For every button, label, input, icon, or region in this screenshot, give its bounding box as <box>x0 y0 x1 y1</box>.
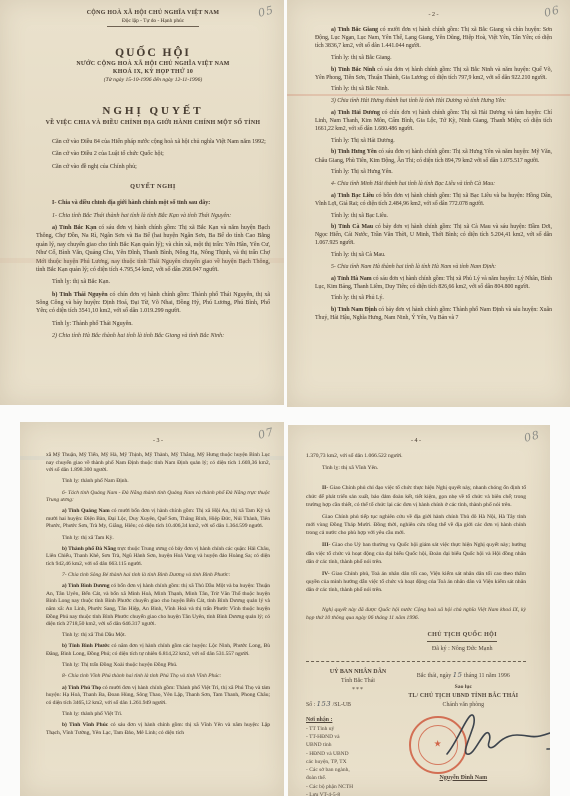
paragraph-lead: a) Tỉnh Bạc Liêu <box>331 193 374 199</box>
paragraph: IV- Giao Chính phủ, Toà án nhân dân tối … <box>306 570 526 594</box>
paragraph: a) Tỉnh Phú Thọ có mười đơn vị hành chín… <box>46 685 270 708</box>
paragraph-lead: a) Tỉnh Hà Nam <box>331 276 372 282</box>
page-4-content: - 4 -1.370,73 km2, với số dân 1.066.522 … <box>306 438 526 623</box>
paragraph: Căn cứ vào Điều 84 của Hiến pháp nước cộ… <box>36 138 270 146</box>
paragraph-lead: b) Tỉnh Vĩnh Phúc <box>62 722 108 728</box>
paragraph: b) Tỉnh Bình Phước có năm đơn vị hành ch… <box>46 643 270 658</box>
certification-block: Bắc thái, ngày 15 tháng 11 năm 1996 Sao … <box>401 668 526 796</box>
recipient-item: các huyện, TP, TX <box>306 758 394 766</box>
paragraph-lead: a) Tỉnh Bắc Giang <box>331 27 378 33</box>
paragraph-lead: b) Tỉnh Hưng Yên <box>331 149 377 155</box>
paragraph-lead: a) Tỉnh Hải Dương <box>331 110 380 116</box>
paragraph: Tỉnh lỵ: thị xã Bắc Giang. <box>315 54 552 62</box>
office-header: UỶ BAN NHÂN DÂN Tỉnh Bắc Thái *** <box>306 668 410 695</box>
chief-of-office-title: Chánh văn phòng <box>401 701 526 710</box>
handwritten-number: 153 <box>317 700 331 708</box>
stars-divider: *** <box>306 686 410 695</box>
paragraph: a) Tỉnh Hà Nam có sáu đơn vị hành chính … <box>315 275 552 291</box>
paragraph: 6- Tách tỉnh Quảng Nam - Đà Nẵng thành t… <box>46 490 270 505</box>
paragraph-lead: b) Tỉnh Cà Mau <box>331 224 373 230</box>
paragraph: Tỉnh lỵ: thị xã Bạc Liêu. <box>315 212 552 220</box>
chairman-block: CHỦ TỊCH QUỐC HỘI Đã ký : Nông Đức Mạnh <box>398 631 526 654</box>
recipient-item: - Các bộ phận NCTH <box>306 783 394 791</box>
paragraph-lead: II- <box>322 485 328 491</box>
resolution-heading: QUYẾT NGHỊ <box>36 183 270 190</box>
handwritten-day: 15 <box>453 671 463 679</box>
paragraph: b) Tỉnh Hưng Yên có sáu đơn vị hành chín… <box>315 148 552 164</box>
number-suffix: /SL-UB <box>333 702 351 708</box>
recipient-item: - TT Tỉnh uỷ <box>306 725 394 733</box>
handwritten-page-number: 08 <box>523 428 542 444</box>
paragraph: b) Tỉnh Vĩnh Phúc có sáu đơn vị hành chí… <box>46 722 270 737</box>
signoff-section: CHỦ TỊCH QUỐC HỘI Đã ký : Nông Đức Mạnh … <box>306 631 526 796</box>
paragraph: 3) Chia tỉnh Hải Hưng thành hai tỉnh là … <box>315 97 552 105</box>
page-1-scan: 05 CỘNG HOÀ XÃ HỘI CHỦ NGHĨA VIỆT NAMĐộc… <box>0 0 284 405</box>
paragraph-lead: IV- <box>322 571 330 577</box>
issuing-office-block: UỶ BAN NHÂN DÂN Tỉnh Bắc Thái *** Số : 1… <box>306 668 394 796</box>
handwritten-page-number: 06 <box>543 3 562 19</box>
national-motto: Độc lập - Tự do - Hạnh phúc <box>36 18 270 27</box>
recipient-item: - HĐND và UBND <box>306 750 394 758</box>
scanned-document-canvas: 05 CỘNG HOÀ XÃ HỘI CHỦ NGHĨA VIỆT NAMĐộc… <box>0 0 570 796</box>
handwritten-signature-icon <box>437 710 550 762</box>
paragraph: 2) Chia tỉnh Hà Bắc thành hai tỉnh là tỉ… <box>36 332 270 340</box>
paragraph: a) Tỉnh Bình Dương có bốn đơn vị hành ch… <box>46 583 270 628</box>
signoff-columns: UỶ BAN NHÂN DÂN Tỉnh Bắc Thái *** Số : 1… <box>306 668 526 796</box>
paragraph: Tỉnh lỵ: thị xã Phủ Lý. <box>315 294 552 302</box>
page-number: - 2 - <box>315 12 552 18</box>
copy-label: Sao lục <box>401 683 526 691</box>
paragraph: Tỉnh lỵ: Thị trấn Đồng Xoài thuộc huyện … <box>46 662 270 670</box>
paragraph-lead: b) Tỉnh Bắc Ninh <box>331 67 375 73</box>
tl-chairman-line: TL/ CHỦ TỊCH UBND TỈNH BẮC THÁI <box>401 692 526 701</box>
national-header: CỘNG HOÀ XÃ HỘI CHỦ NGHĨA VIỆT NAM <box>36 10 270 16</box>
date-prefix: Bắc thái, ngày <box>417 673 453 679</box>
paragraph-lead: b) Tỉnh Nam Định <box>331 307 377 313</box>
paragraph-lead: III- <box>322 542 330 548</box>
recipient-item: - Lưu VT-4-5-8 <box>306 791 394 796</box>
chairman-signed-line: Đã ký : Nông Đức Mạnh <box>398 645 526 654</box>
paragraph-lead: b) Thành phố Đà Nẵng <box>62 546 116 552</box>
session-dates: (Từ ngày 15-10-1996 đến ngày 12-11-1996) <box>36 77 270 83</box>
paragraph: Tỉnh lỵ: thị xã Tam Kỳ. <box>46 535 270 543</box>
paragraph: I- Chia và điều chỉnh địa giới hành chín… <box>36 199 270 207</box>
recipient-item: UBND tỉnh <box>306 741 394 749</box>
signature-zone <box>401 714 526 772</box>
session-line: KHOÁ IX, KỲ HỌP THỨ 10 <box>36 69 270 75</box>
paragraph: a) Tỉnh Bắc Kạn có sáu đơn vị hành chính… <box>36 224 270 274</box>
document-subtitle: VỀ VIỆC CHIA VÀ ĐIỀU CHỈNH ĐỊA GIỚI HÀNH… <box>36 120 270 126</box>
paragraph: Tỉnh lỵ: thị xã Bắc Ninh. <box>315 85 552 93</box>
page-1-content: CỘNG HOÀ XÃ HỘI CHỦ NGHĨA VIỆT NAMĐộc lậ… <box>36 10 270 341</box>
paragraph: Tỉnh lỵ: Thị xã Hải Dương. <box>315 137 552 145</box>
paragraph: 5- Chia tỉnh Nam Hà thành hai tỉnh là tỉ… <box>315 263 552 271</box>
paragraph: Tỉnh lỵ: thị xã Thủ Dầu Một. <box>46 632 270 640</box>
signer-name: Nguyễn Đình Nam <box>401 774 526 783</box>
office-province: Tỉnh Bắc Thái <box>306 677 410 686</box>
paragraph-lead: b) Tỉnh Thái Nguyên <box>52 292 108 298</box>
paragraph: Tỉnh lỵ: thị xã Bắc Kạn. <box>36 278 270 286</box>
paragraph-lead: a) Tỉnh Quảng Nam <box>62 508 110 514</box>
recipients-label: Nơi nhận : <box>306 716 394 725</box>
page-3-scan: 07 - 3 -xã Mỹ Thuận, Mỹ Tiến, Mỹ Hà, Mỹ … <box>20 422 284 796</box>
paragraph-lead: b) Tỉnh Bình Phước <box>62 643 110 649</box>
paragraph-lead: a) Tỉnh Bắc Kạn <box>52 225 96 231</box>
paragraph: Nghị quyết này đã được Quốc hội nước Cộn… <box>306 606 526 622</box>
issuing-body: QUỐC HỘI <box>36 47 270 59</box>
paragraph-lead: a) Tỉnh Bình Dương <box>62 583 110 589</box>
recipient-item: - TT-HĐND và <box>306 733 394 741</box>
number-label: Số : <box>306 702 315 708</box>
page-4-scan: 08 - 4 -1.370,73 km2, với số dân 1.066.5… <box>288 425 550 796</box>
dashed-separator <box>306 661 526 662</box>
paragraph: 8- Chia tỉnh Vĩnh Phú thành hai tỉnh là … <box>46 673 270 681</box>
paragraph: Tỉnh lỵ: Thị xã Hưng Yên. <box>315 168 552 176</box>
paragraph: b) Tỉnh Thái Nguyên có chín đơn vị hành … <box>36 291 270 316</box>
recipient-item: đoàn thể. <box>306 774 394 782</box>
paragraph: Tỉnh lỵ: thị xã Vĩnh Yên. <box>306 464 526 472</box>
paragraph: a) Tỉnh Quảng Nam có mười bốn đơn vị hàn… <box>46 508 270 531</box>
page-3-content: - 3 -xã Mỹ Thuận, Mỹ Tiến, Mỹ Hà, Mỹ Thị… <box>46 438 270 737</box>
document-title: NGHỊ QUYẾT <box>36 105 270 117</box>
paragraph: 7- Chia tỉnh Sông Bé thành hai tỉnh là t… <box>46 572 270 580</box>
paragraph: 1.370,73 km2, với số dân 1.066.522 người… <box>306 452 526 460</box>
paragraph: a) Tỉnh Bạc Liêu có bốn đơn vị hành chín… <box>315 192 552 208</box>
handwritten-page-number: 05 <box>257 3 276 19</box>
chairman-title: CHỦ TỊCH QUỐC HỘI <box>427 631 497 642</box>
recipient-item: - Các sở ban ngành, <box>306 766 394 774</box>
recipients-list: - TT Tỉnh uỷ- TT-HĐND và UBND tỉnh- HĐND… <box>306 725 394 796</box>
paragraph: Tỉnh lỵ: thành phố Nam Định. <box>46 478 270 486</box>
paragraph: Căn cứ vào đề nghị của Chính phủ; <box>36 163 270 171</box>
paragraph: xã Mỹ Thuận, Mỹ Tiến, Mỹ Hà, Mỹ Thịnh, M… <box>46 452 270 475</box>
paragraph: III- Giao cho Uỷ ban thường vụ Quốc hội … <box>306 541 526 565</box>
office-name: UỶ BAN NHÂN DÂN <box>306 668 410 677</box>
paragraph: Tỉnh lỵ: thành phố Việt Trì. <box>46 711 270 719</box>
paragraph: 1- Chia tỉnh Bắc Thái thành hai tỉnh là … <box>36 212 270 220</box>
paragraph: Giao Chính phủ tiếp tục nghiên cứu về đị… <box>306 513 526 537</box>
paragraph: b) Tỉnh Bắc Ninh có sáu đơn vị hành chín… <box>315 66 552 82</box>
paragraph: 4- Chia tỉnh Minh Hải thành hai tỉnh là … <box>315 180 552 188</box>
issuing-body-subline: NƯỚC CỘNG HOÀ XÃ HỘI CHỦ NGHĨA VIỆT NAM <box>36 61 270 67</box>
paragraph: b) Tỉnh Cà Mau có bảy đơn vị hành chính … <box>315 223 552 247</box>
page-2-scan: 06 - 2 -a) Tỉnh Bắc Giang có mười đơn vị… <box>287 0 570 407</box>
paragraph: b) Thành phố Đà Nẵng trực thuộc Trung ươ… <box>46 546 270 569</box>
date-suffix: tháng 11 năm 1996 <box>462 673 509 679</box>
paragraph: Tỉnh lỵ: Thành phố Thái Nguyên. <box>36 320 270 328</box>
paragraph: a) Tỉnh Bắc Giang có mười đơn vị hành ch… <box>315 26 552 50</box>
place-date-line: Bắc thái, ngày 15 tháng 11 năm 1996 <box>401 670 526 681</box>
page-2-content: - 2 -a) Tỉnh Bắc Giang có mười đơn vị hà… <box>315 12 552 322</box>
paragraph: a) Tỉnh Hải Dương có chín đơn vị hành ch… <box>315 109 552 133</box>
document-number-line: Số : 153 /SL-UB <box>306 699 394 710</box>
page-number: - 4 - <box>306 438 526 444</box>
page-number: - 3 - <box>46 438 270 444</box>
paragraph: II- Giao Chính phủ chỉ đạo việc tổ chức … <box>306 484 526 508</box>
paragraph: Căn cứ vào Điều 2 của Luật tổ chức Quốc … <box>36 150 270 158</box>
handwritten-page-number: 07 <box>257 425 276 441</box>
paragraph: Tỉnh lỵ: thị xã Cà Mau. <box>315 251 552 259</box>
paragraph-lead: a) Tỉnh Phú Thọ <box>62 685 101 691</box>
paragraph: b) Tỉnh Nam Định có bảy đơn vị hành chín… <box>315 306 552 322</box>
